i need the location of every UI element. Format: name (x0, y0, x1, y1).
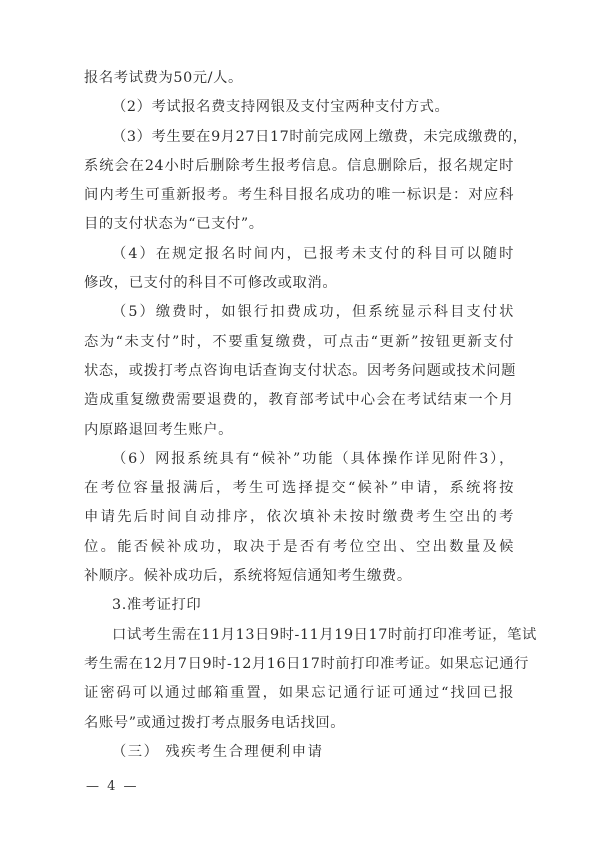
text-line: 目的支付状态为“已支付”。 (84, 210, 514, 239)
text-line: 在考位容量报满后，考生可选择提交“候补”申请，系统将按 (84, 474, 514, 503)
text-line: 考生需在12月7日9时-12月16日17时前打印准考证。如果忘记通行 (84, 650, 514, 679)
text-line: 报名考试费为50元/人。 (84, 64, 514, 93)
text-line: 申请先后时间自动排序，依次填补未按时缴费考生空出的考 (84, 503, 514, 532)
text-line: 位。能否候补成功，取决于是否有考位空出、空出数量及候 (84, 533, 514, 562)
text-line: 口试考生需在11月13日9时-11月19日17时前打印准考证，笔试 (84, 621, 514, 650)
text-line: 证密码可以通过邮箱重置，如果忘记通行证可通过“找回已报 (84, 679, 514, 708)
text-line: 名账号”或通过拨打考点服务电话找回。 (84, 709, 514, 738)
text-line: 修改，已支付的科目不可修改或取消。 (84, 269, 514, 298)
section-heading: 3.准考证打印 (84, 591, 514, 620)
text-line: 态为“未支付”时，不要重复缴费，可点击“更新”按钮更新支付 (84, 328, 514, 357)
text-line: 系统会在24小时后删除考生报考信息。信息删除后，报名规定时 (84, 152, 514, 181)
text-line: （4）在规定报名时间内，已报考未支付的科目可以随时 (84, 240, 514, 269)
page-number: — 4 — (86, 779, 139, 794)
text-line: 状态，或拨打考点咨询电话查询支付状态。因考务问题或技术问题 (84, 357, 514, 386)
text-line: （5）缴费时，如银行扣费成功，但系统显示科目支付状 (84, 298, 514, 327)
text-line: （6）网报系统具有“候补”功能（具体操作详见附件3）， (84, 445, 514, 474)
text-line: 造成重复缴费需要退费的，教育部考试中心会在考试结束一个月 (84, 386, 514, 415)
document-body: 报名考试费为50元/人。 （2）考试报名费支持网银及支付宝两种支付方式。 （3）… (84, 64, 514, 767)
text-line: 间内考生可重新报考。考生科目报名成功的唯一标识是：对应科 (84, 181, 514, 210)
text-line: （2）考试报名费支持网银及支付宝两种支付方式。 (84, 93, 514, 122)
subsection-heading: （三） 残疾考生合理便利申请 (84, 738, 514, 767)
text-line: 内原路退回考生账户。 (84, 416, 514, 445)
text-line: （3）考生要在9月27日17时前完成网上缴费，未完成缴费的， (84, 123, 514, 152)
text-line: 补顺序。候补成功后，系统将短信通知考生缴费。 (84, 562, 514, 591)
